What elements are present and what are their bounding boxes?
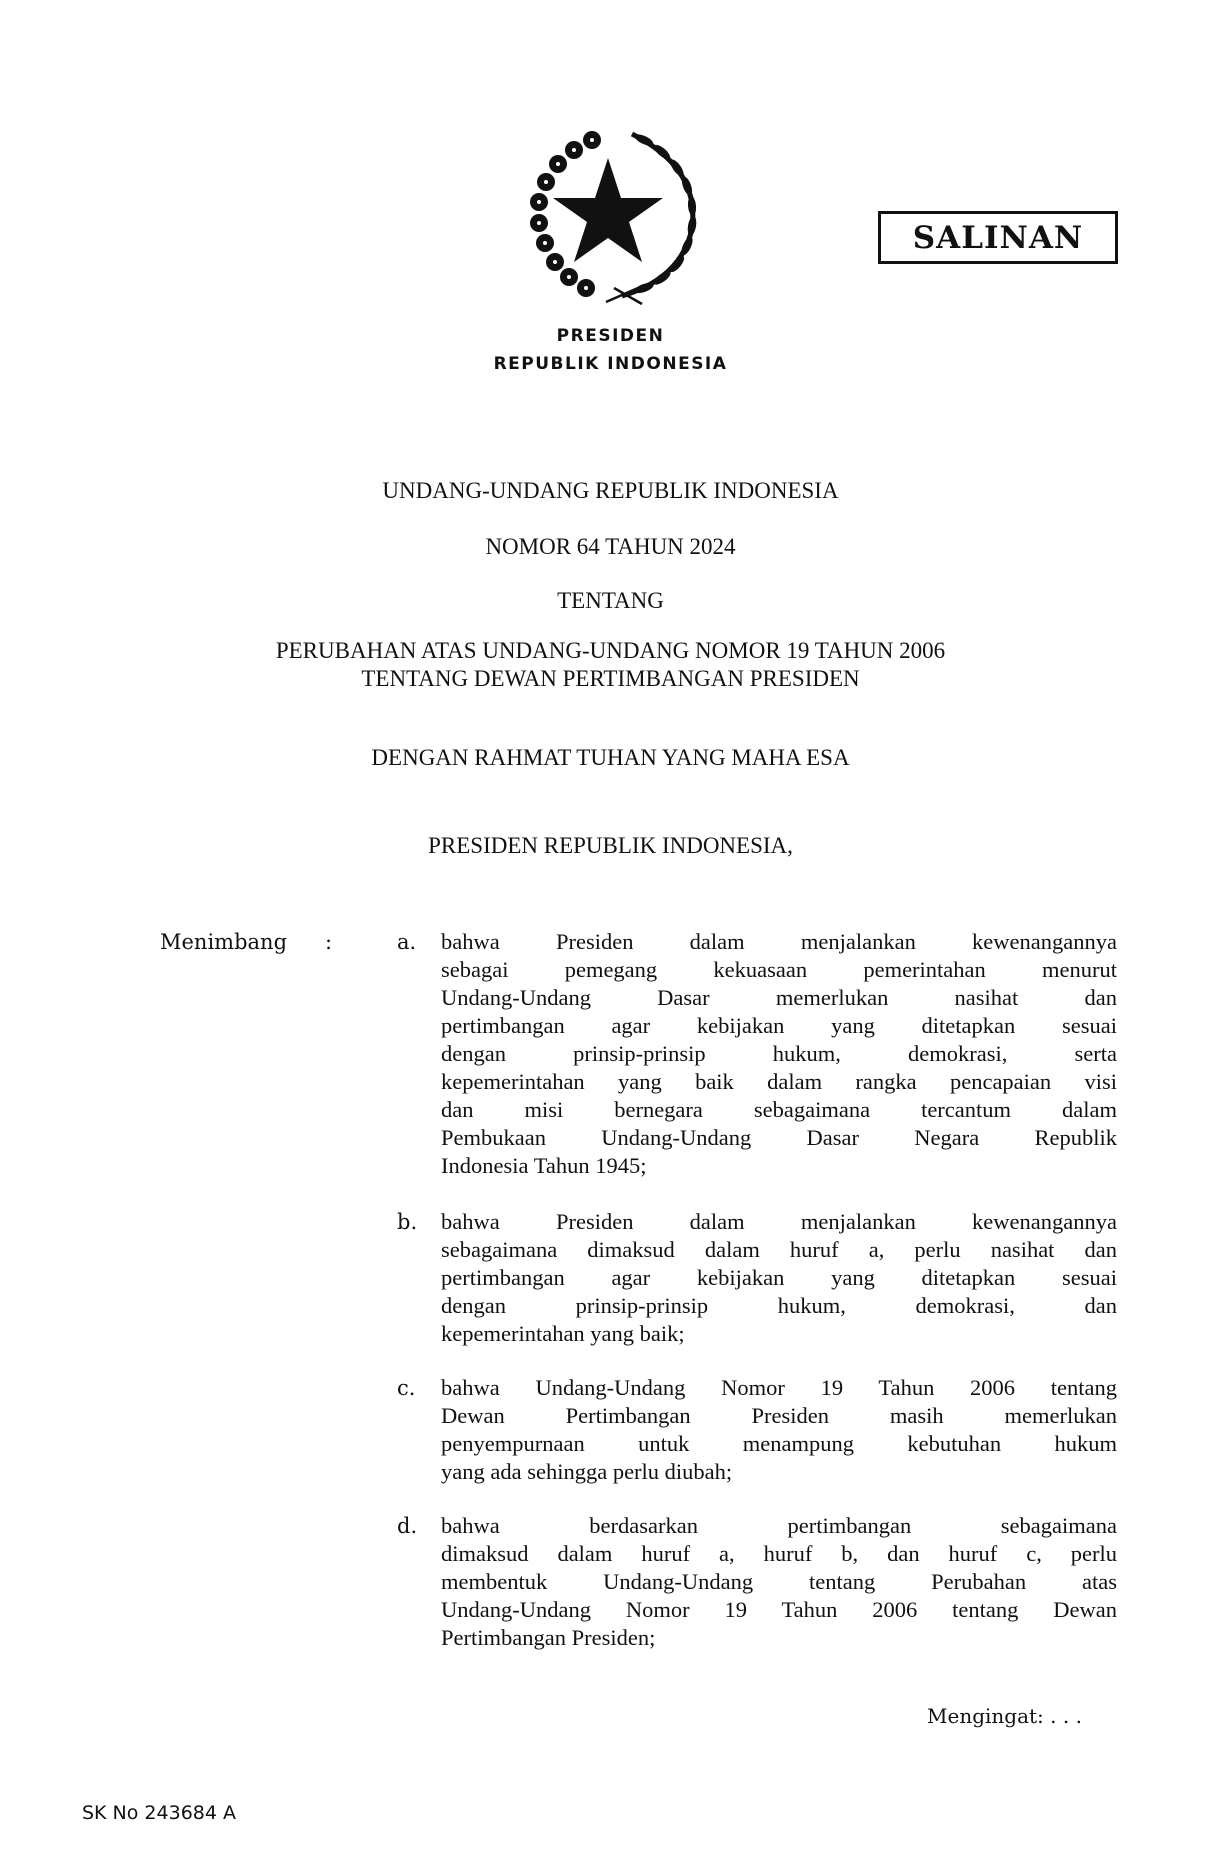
- considerations-separator: :: [325, 928, 332, 956]
- office-subtitle: REPUBLIK INDONESIA: [0, 350, 1221, 378]
- item-marker: a.: [397, 928, 416, 956]
- text-line: penyempurnaan untuk menampung kebutuhan …: [441, 1430, 1117, 1458]
- enactor: PRESIDEN REPUBLIK INDONESIA,: [0, 832, 1221, 860]
- text-line: pertimbangan agar kebijakan yang ditetap…: [441, 1264, 1117, 1292]
- copy-stamp: SALINAN: [878, 211, 1118, 264]
- item-marker: d.: [397, 1512, 417, 1540]
- item-text: bahwa Undang-Undang Nomor 19 Tahun 2006 …: [441, 1374, 1117, 1486]
- document-serial-number: SK No 243684 A: [82, 1799, 236, 1827]
- text-line: bahwa Presiden dalam menjalankan kewenan…: [441, 1208, 1117, 1236]
- text-line: Indonesia Tahun 1945;: [441, 1152, 1117, 1180]
- text-line: Undang-Undang Nomor 19 Tahun 2006 tentan…: [441, 1596, 1117, 1624]
- text-line: Undang-Undang Dasar memerlukan nasihat d…: [441, 984, 1117, 1012]
- item-marker: c.: [397, 1374, 415, 1402]
- item-text: bahwa berdasarkan pertimbangan sebagaima…: [441, 1512, 1117, 1652]
- text-line: dengan prinsip-prinsip hukum, demokrasi,…: [441, 1292, 1117, 1320]
- text-line: membentuk Undang-Undang tentang Perubaha…: [441, 1568, 1117, 1596]
- text-line: sebagaimana dimaksud dalam huruf a, perl…: [441, 1236, 1117, 1264]
- text-line: Pembukaan Undang-Undang Dasar Negara Rep…: [441, 1124, 1117, 1152]
- text-line: bahwa Presiden dalam menjalankan kewenan…: [441, 928, 1117, 956]
- text-line: Pertimbangan Presiden;: [441, 1624, 1117, 1652]
- considerations-label: Menimbang: [160, 928, 287, 956]
- text-line: bahwa Undang-Undang Nomor 19 Tahun 2006 …: [441, 1374, 1117, 1402]
- text-line: bahwa berdasarkan pertimbangan sebagaima…: [441, 1512, 1117, 1540]
- presidential-emblem-icon: [522, 128, 714, 308]
- text-line: Dewan Pertimbangan Presiden masih memerl…: [441, 1402, 1117, 1430]
- text-line: sebagai pemegang kekuasaan pemerintahan …: [441, 956, 1117, 984]
- text-line: dengan prinsip-prinsip hukum, demokrasi,…: [441, 1040, 1117, 1068]
- office-title: PRESIDEN: [0, 322, 1221, 350]
- subject-heading-line1: PERUBAHAN ATAS UNDANG-UNDANG NOMOR 19 TA…: [0, 637, 1221, 665]
- law-type-heading: UNDANG-UNDANG REPUBLIK INDONESIA: [0, 477, 1221, 505]
- continuation-marker: Mengingat: . . .: [927, 1702, 1082, 1730]
- text-line: dimaksud dalam huruf a, huruf b, dan hur…: [441, 1540, 1117, 1568]
- item-text: bahwa Presiden dalam menjalankan kewenan…: [441, 928, 1117, 1180]
- text-line: dan misi bernegara sebagaimana tercantum…: [441, 1096, 1117, 1124]
- text-line: kepemerintahan yang baik;: [441, 1320, 1117, 1348]
- subject-heading-line2: TENTANG DEWAN PERTIMBANGAN PRESIDEN: [0, 665, 1221, 693]
- text-line: pertimbangan agar kebijakan yang ditetap…: [441, 1012, 1117, 1040]
- law-number-heading: NOMOR 64 TAHUN 2024: [0, 533, 1221, 561]
- invocation: DENGAN RAHMAT TUHAN YANG MAHA ESA: [0, 744, 1221, 772]
- item-marker: b.: [397, 1208, 417, 1236]
- item-text: bahwa Presiden dalam menjalankan kewenan…: [441, 1208, 1117, 1348]
- text-line: yang ada sehingga perlu diubah;: [441, 1458, 1117, 1486]
- text-line: kepemerintahan yang baik dalam rangka pe…: [441, 1068, 1117, 1096]
- about-heading: TENTANG: [0, 587, 1221, 615]
